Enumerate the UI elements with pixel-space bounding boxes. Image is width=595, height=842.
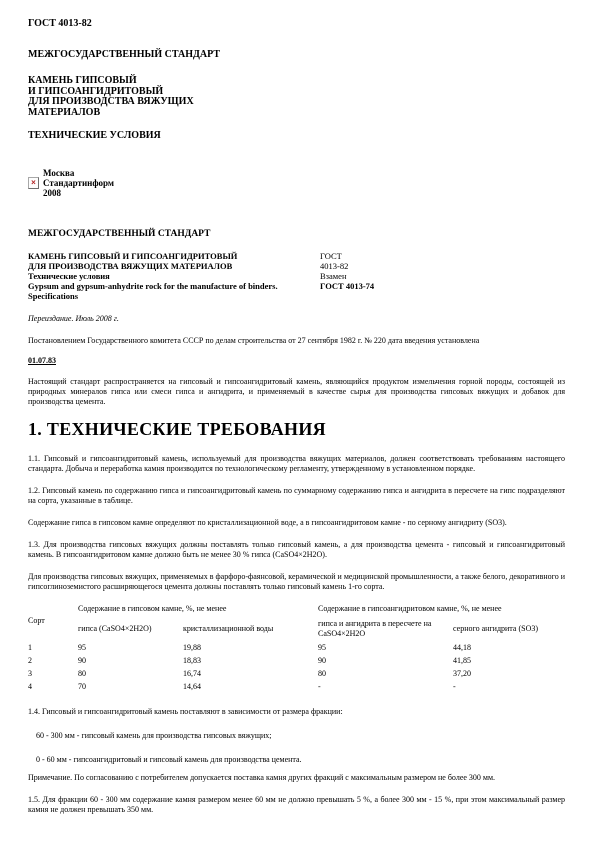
column-header-so3: серного ангидрита (SO3) [453,617,565,641]
standard-type-top: МЕЖГОСУДАРСТВЕННЫЙ СТАНДАРТ [28,49,565,60]
column-header-gypsum-anhydrite: гипса и ангидрита в пересчете на CaSO4×2… [318,617,453,641]
column-header-gypsum: гипса (CaSO4×2H2O) [78,617,183,641]
cell-water: 18,83 [183,654,318,667]
cell-gypsum: 95 [78,641,183,654]
column-header-sort: Сорт [28,602,78,641]
cell-gypsum: 80 [78,667,183,680]
decree-paragraph: Постановлением Государственного комитета… [28,336,565,346]
cell-water: 14,64 [183,680,318,693]
cell-so3: - [453,680,565,693]
table-row: 1 95 19,88 95 44,18 [28,641,565,654]
table-subheader-row: гипса (CaSO4×2H2O) кристаллизационной во… [28,617,565,641]
column-header-water: кристаллизационной воды [183,617,318,641]
fraction-line-2: 0 - 60 мм - гипсоангидритовый и гипсовый… [36,755,565,765]
cell-gypsum: 70 [78,680,183,693]
standard-type-2: МЕЖГОСУДАРСТВЕННЫЙ СТАНДАРТ [28,229,565,239]
cell-so3: 41,85 [453,654,565,667]
cell-gypsum-anhydrite: 80 [318,667,453,680]
standard-header-titles: КАМЕНЬ ГИПСОВЫЙ И ГИПСОАНГИДРИТОВЫЙ ДЛЯ … [28,251,320,301]
standard-header-designation: ГОСТ 4013-82 Взамен ГОСТ 4013-74 [320,251,374,301]
title-line-1: КАМЕНЬ ГИПСОВЫЙ [28,76,565,87]
replaces-label: Взамен [320,271,374,281]
note-paragraph: Примечание. По согласованию с потребител… [28,773,565,783]
cell-gypsum-anhydrite: - [318,680,453,693]
broken-image-icon: × [28,177,39,189]
fraction-line-1: 60 - 300 мм - гипсовый камень для произв… [36,731,565,741]
document-subtitle: ТЕХНИЧЕСКИЕ УСЛОВИЯ [28,130,565,141]
imprint-publisher: Стандартинформ [43,178,114,188]
group-header-gypsum: Содержание в гипсовом камне, %, не менее [78,602,318,617]
replaces-number: ГОСТ 4013-74 [320,281,374,291]
imprint-city: Москва [43,168,114,178]
document-title: КАМЕНЬ ГИПСОВЫЙ И ГИПСОАНГИДРИТОВЫЙ ДЛЯ … [28,76,565,118]
cell-sort: 3 [28,667,78,680]
section-1-heading: 1. ТЕХНИЧЕСКИЕ ТРЕБОВАНИЯ [28,416,565,442]
scope-paragraph: Настоящий стандарт распространяется на г… [28,377,565,407]
header-title-ru-1: КАМЕНЬ ГИПСОВЫЙ И ГИПСОАНГИДРИТОВЫЙ [28,251,320,261]
gost-number: 4013-82 [320,261,374,271]
table-row: 2 90 18,83 90 41,85 [28,654,565,667]
paragraph-content-determination: Содержание гипса в гипсовом камне опреде… [28,518,565,528]
cell-so3: 44,18 [453,641,565,654]
paragraph-1-5: 1.5. Для фракции 60 - 300 мм содержание … [28,795,565,815]
imprint-year: 2008 [43,188,114,198]
cell-sort: 2 [28,654,78,667]
header-subtitle-en: Specifications [28,291,320,301]
table-group-header-row: Сорт Содержание в гипсовом камне, %, не … [28,602,565,617]
paragraph-1-3b: Для производства гипсовых вяжущих, приме… [28,572,565,592]
cell-water: 16,74 [183,667,318,680]
imprint-block: × Москва Стандартинформ 2008 [28,168,565,198]
cell-water: 19,88 [183,641,318,654]
table-row: 3 80 16,74 80 37,20 [28,667,565,680]
document-page: ГОСТ 4013-82 МЕЖГОСУДАРСТВЕННЫЙ СТАНДАРТ… [0,0,595,842]
header-title-ru-2: ДЛЯ ПРОИЗВОДСТВА ВЯЖУЩИХ МАТЕРИАЛОВ [28,261,320,271]
effective-date: 01.07.83 [28,356,565,365]
group-header-anhydrite: Содержание в гипсоангидритовом камне, %,… [318,602,565,617]
doc-number: ГОСТ 4013-82 [28,18,565,29]
header-subtitle-ru: Технические условия [28,271,320,281]
table-row: 4 70 14,64 - - [28,680,565,693]
cell-sort: 4 [28,680,78,693]
reissue-note: Переиздание. Июль 2008 г. [28,314,565,324]
cell-gypsum-anhydrite: 90 [318,654,453,667]
title-line-4: МАТЕРИАЛОВ [28,108,565,119]
standard-header: КАМЕНЬ ГИПСОВЫЙ И ГИПСОАНГИДРИТОВЫЙ ДЛЯ … [28,251,565,301]
cell-gypsum: 90 [78,654,183,667]
cell-gypsum-anhydrite: 95 [318,641,453,654]
cell-sort: 1 [28,641,78,654]
gost-label: ГОСТ [320,251,374,261]
header-title-en: Gypsum and gypsum-anhydrite rock for the… [28,281,320,291]
paragraph-1-2: 1.2. Гипсовый камень по содержанию гипса… [28,486,565,506]
paragraph-1-4: 1.4. Гипсовый и гипсоангидритовый камень… [28,707,565,717]
paragraph-1-1: 1.1. Гипсовый и гипсоангидритовый камень… [28,454,565,474]
cell-so3: 37,20 [453,667,565,680]
imprint-text: Москва Стандартинформ 2008 [43,168,114,198]
grades-table: Сорт Содержание в гипсовом камне, %, не … [28,602,565,693]
title-line-3: ДЛЯ ПРОИЗВОДСТВА ВЯЖУЩИХ [28,97,565,108]
paragraph-1-3: 1.3. Для производства гипсовых вяжущих д… [28,540,565,560]
